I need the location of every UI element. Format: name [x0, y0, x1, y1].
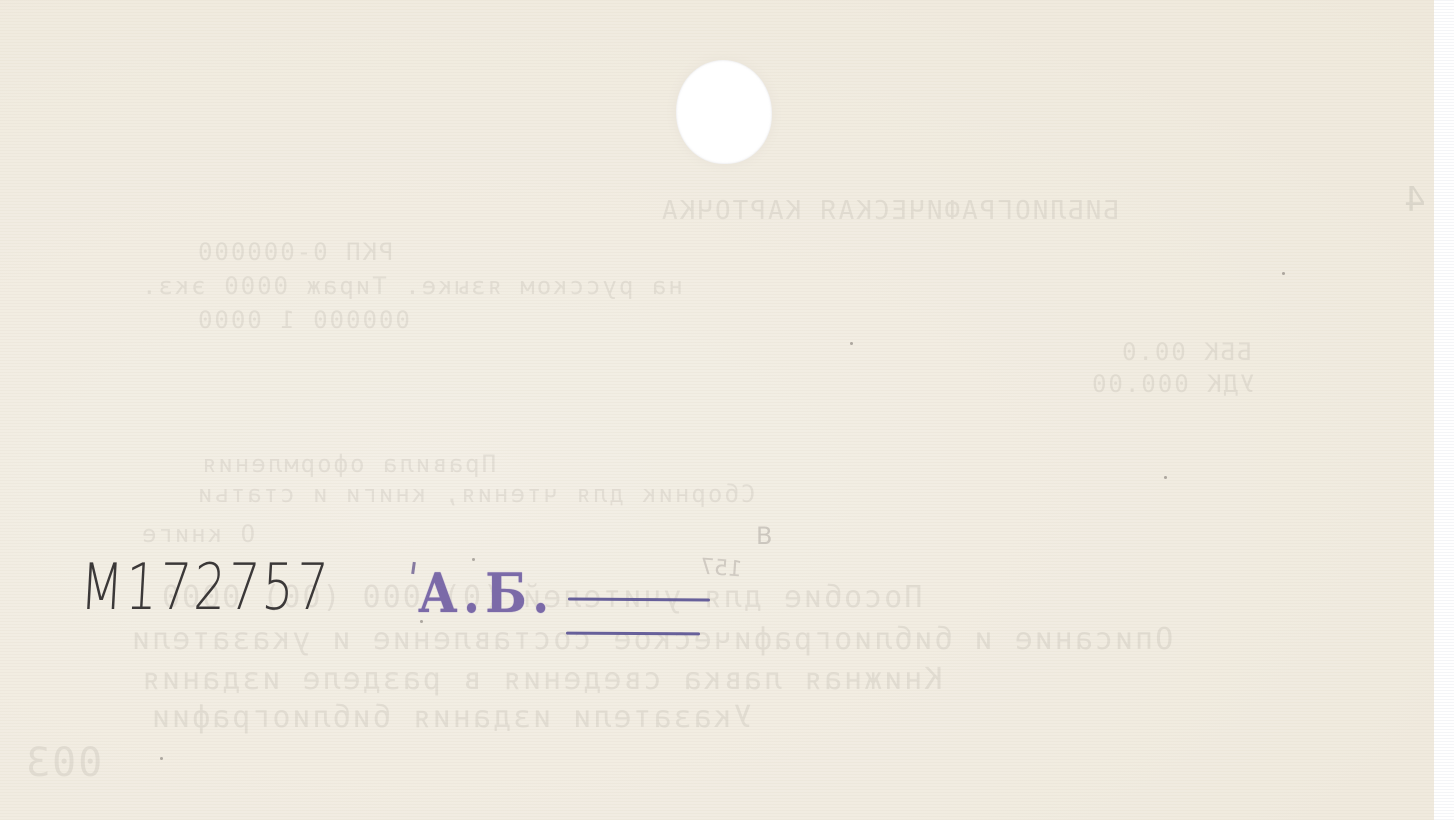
bleed-through-text: УДК 000.00	[1090, 370, 1255, 398]
bleed-through-text: 003	[24, 740, 102, 786]
bleed-through-text: 000000 1 0000	[196, 306, 410, 334]
bleed-through-text: Описание и библиографическое составление…	[130, 622, 1173, 657]
ink-speck	[1164, 476, 1167, 479]
library-stamp: А.Б.	[418, 566, 555, 620]
ink-speck	[1282, 272, 1285, 275]
bleed-through-text: БИБЛИОГРАФИЧЕСКАЯ КАРТОЧКА	[660, 196, 1119, 226]
bleed-through-text: Книжная лавка сведения в разделе издания	[140, 662, 942, 697]
ink-speck	[420, 620, 423, 623]
ink-speck	[850, 342, 853, 345]
catalog-card: 4 БИБЛИОГРАФИЧЕСКАЯ КАРТОЧКА РКП 0-00000…	[0, 0, 1434, 820]
corner-mark: 4	[1404, 180, 1426, 220]
punch-hole	[676, 60, 772, 164]
faint-pencil-mark: В	[756, 522, 772, 550]
bleed-through-text: О книге	[140, 520, 255, 548]
stamp-mark	[411, 562, 416, 574]
bleed-through-text: ББК 00.0	[1120, 338, 1252, 366]
ink-speck	[160, 757, 163, 760]
bleed-through-text: Правила оформления	[200, 450, 496, 478]
bleed-through-text: Указатели издания библиографии	[150, 700, 752, 735]
handwritten-inventory-number: M172757	[79, 556, 333, 620]
ink-speck	[472, 558, 475, 561]
bleed-through-text: РКП 0-000000	[196, 238, 393, 266]
faint-bleed-number: 157	[699, 555, 743, 583]
scan-margin	[1434, 0, 1454, 820]
bleed-through-text: Сборник для чтения, книги и статьи	[196, 480, 755, 508]
bleed-through-text: на русском языке. Тираж 0000 экз.	[140, 272, 683, 300]
